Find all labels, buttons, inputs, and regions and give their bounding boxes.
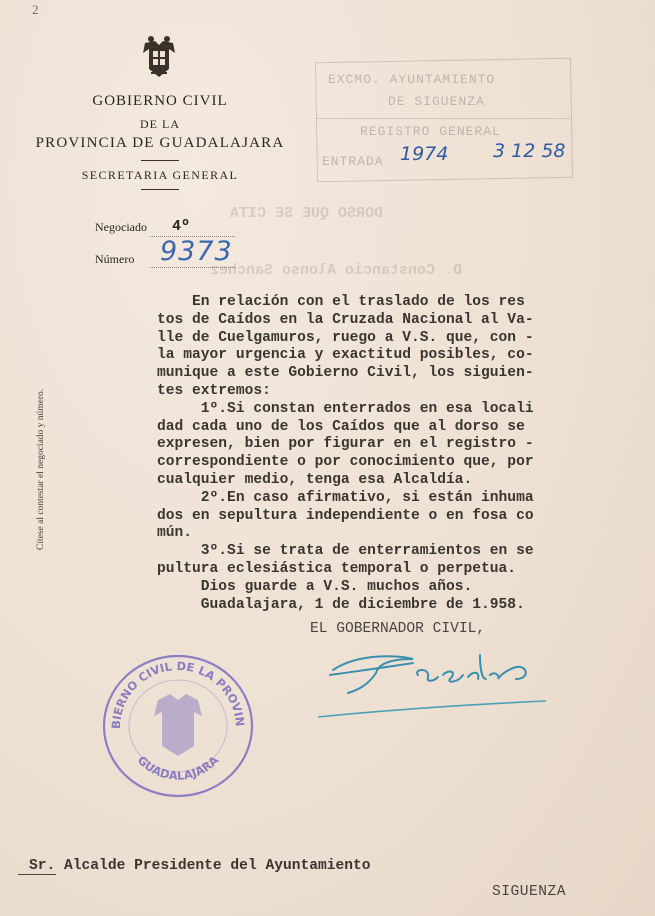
numero-line <box>150 267 235 268</box>
letterhead-gobierno: GOBIERNO CIVIL <box>0 93 320 110</box>
letter-body-line: tos de Caídos en la Cruzada Nacional al … <box>157 312 655 330</box>
letter-body-line: pultura eclesiástica temporal o perpetua… <box>157 561 655 579</box>
letter-body-line: lle de Cuelgamuros, ruego a V.S. que, co… <box>157 330 655 348</box>
registry-entry-date: 3 12 58 <box>493 140 566 162</box>
side-note: Cítese al contestar el negociado y númer… <box>36 389 46 550</box>
bleed-through-line2: D. Constancio Alonso Sanchez <box>210 262 462 279</box>
registry-stamp-line4: ENTRADA <box>322 154 384 169</box>
bleed-through-line1: DORSO QUE SE CITA <box>230 205 383 222</box>
negociado-value: 4º <box>172 218 190 235</box>
signature <box>318 645 563 725</box>
registry-stamp-line3: REGISTRO GENERAL <box>360 124 501 139</box>
letter-body-line: correspondiente o por conocimiento que, … <box>157 454 655 472</box>
addressee: Sr. Alcalde Presidente del Ayuntamiento <box>29 858 371 874</box>
official-seal: GOBIERNO CIVIL DE LA PROVINCIA GUADALAJA… <box>98 650 258 802</box>
letter-body-line: mún. <box>157 525 655 543</box>
letterhead-department: SECRETARIA GENERAL <box>0 168 320 183</box>
letter-body-line: 3º.Si se trata de enterramientos en se <box>157 543 655 561</box>
letter-body-line: dos en sepultura independiente o en fosa… <box>157 508 655 526</box>
registry-stamp-line1: EXCMO. AYUNTAMIENTO <box>328 72 495 87</box>
letterhead-provincia: PROVINCIA DE GUADALAJARA <box>0 135 320 152</box>
letter-body: En relación con el traslado de los resto… <box>157 294 655 614</box>
registry-entry-number: 1974 <box>400 143 448 165</box>
page-mark: 2 <box>32 2 39 18</box>
numero-label: Número <box>95 252 134 267</box>
letter-body-line: cualquier medio, tenga esa Alcaldía. <box>157 472 655 490</box>
coat-of-arms-icon <box>141 33 177 81</box>
letter-body-line: Guadalajara, 1 de diciembre de 1.958. <box>157 597 655 615</box>
negociado-label: Negociado <box>95 220 147 235</box>
letter-body-line: 1º.Si constan enterrados en esa locali <box>157 401 655 419</box>
letter-body-line: 2º.En caso afirmativo, si están inhuma <box>157 490 655 508</box>
letter-body-line: En relación con el traslado de los res <box>157 294 655 312</box>
letter-body-line: munique a este Gobierno Civil, los sigui… <box>157 365 655 383</box>
letterhead-rule <box>141 189 179 190</box>
registry-stamp-divider <box>316 118 570 119</box>
letter-body-line: la mayor urgencia y exactitud posibles, … <box>157 347 655 365</box>
registry-stamp-line2: DE SIGUENZA <box>388 94 485 109</box>
addressee-city: SIGUENZA <box>492 884 566 900</box>
letter-body-line: Dios guarde a V.S. muchos años. <box>157 579 655 597</box>
addressee-underline <box>18 874 56 875</box>
letter-body-line: expresen, bien por figurar en el registr… <box>157 436 655 454</box>
letterhead-de-la: DE LA <box>0 117 320 132</box>
letter-body-line: dad cada uno de los Caídos que al dorso … <box>157 419 655 437</box>
svg-text:GUADALAJARA: GUADALAJARA <box>135 753 222 783</box>
signatory-title: EL GOBERNADOR CIVIL, <box>310 621 485 637</box>
letter-body-line: tes extremos: <box>157 383 655 401</box>
numero-value: 9373 <box>160 236 233 267</box>
letterhead-rule <box>141 160 179 161</box>
